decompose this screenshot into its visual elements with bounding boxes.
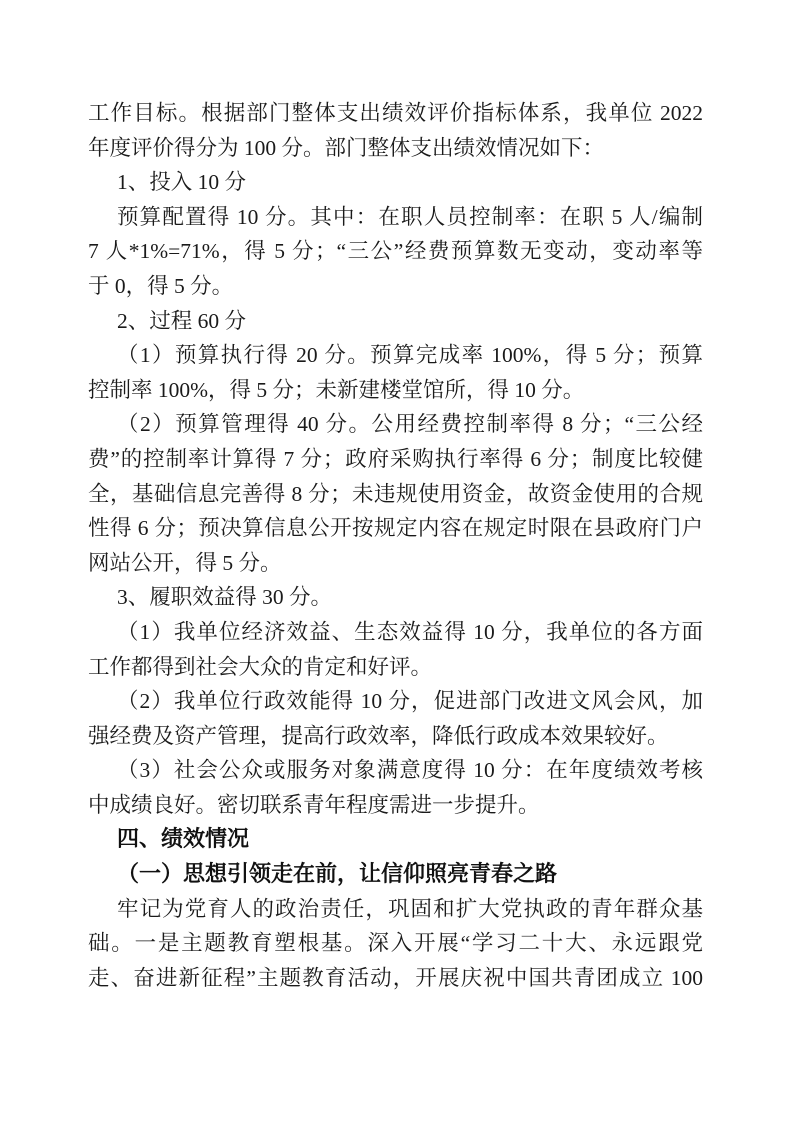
text-line: 中成绩良好。密切联系青年程度需进一步提升。 bbox=[88, 788, 703, 823]
text-line: 年度评价得分为 100 分。部门整体支出绩效情况如下： bbox=[88, 131, 703, 166]
text-line: 走、奋进新征程”主题教育活动，开展庆祝中国共青团成立 100 bbox=[88, 961, 703, 996]
text-line: 预算配置得 10 分。其中：在职人员控制率：在职 5 人/编制 bbox=[88, 200, 703, 235]
text-line: 于 0，得 5 分。 bbox=[88, 269, 703, 304]
text-line: 控制率 100%，得 5 分；未新建楼堂馆所，得 10 分。 bbox=[88, 373, 703, 408]
text-line: （2）我单位行政效能得 10 分，促进部门改进文风会风，加 bbox=[88, 684, 703, 719]
text-line: 费”的控制率计算得 7 分；政府采购执行率得 6 分；制度比较健 bbox=[88, 442, 703, 477]
text-line: 7 人*1%=71%，得 5 分；“三公”经费预算数无变动，变动率等 bbox=[88, 234, 703, 269]
text-line: 2、过程 60 分 bbox=[88, 304, 703, 339]
text-line: 础。一是主题教育塑根基。深入开展“学习二十大、永远跟党 bbox=[88, 926, 703, 961]
text-line: （1）我单位经济效益、生态效益得 10 分，我单位的各方面 bbox=[88, 615, 703, 650]
text-line: 3、履职效益得 30 分。 bbox=[88, 580, 703, 615]
text-line: 全，基础信息完善得 8 分；未违规使用资金，故资金使用的合规 bbox=[88, 477, 703, 512]
text-line: （2）预算管理得 40 分。公用经费控制率得 8 分；“三公经 bbox=[88, 407, 703, 442]
text-line: 网站公开，得 5 分。 bbox=[88, 546, 703, 581]
text-line: 1、投入 10 分 bbox=[88, 165, 703, 200]
text-line: （3）社会公众或服务对象满意度得 10 分：在年度绩效考核 bbox=[88, 753, 703, 788]
section-heading: 四、绩效情况 bbox=[88, 822, 703, 857]
text-line: 性得 6 分；预决算信息公开按规定内容在规定时限在县政府门户 bbox=[88, 511, 703, 546]
document-page: 工作目标。根据部门整体支出绩效评价指标体系，我单位 2022年度评价得分为 10… bbox=[0, 0, 793, 1122]
text-line: （1）预算执行得 20 分。预算完成率 100%，得 5 分；预算 bbox=[88, 338, 703, 373]
text-line: 工作目标。根据部门整体支出绩效评价指标体系，我单位 2022 bbox=[88, 96, 703, 131]
subsection-heading: （一）思想引领走在前，让信仰照亮青春之路 bbox=[88, 857, 703, 892]
text-line: 强经费及资产管理，提高行政效率，降低行政成本效果较好。 bbox=[88, 719, 703, 754]
text-line: 工作都得到社会大众的肯定和好评。 bbox=[88, 650, 703, 685]
document-text: 工作目标。根据部门整体支出绩效评价指标体系，我单位 2022年度评价得分为 10… bbox=[88, 96, 703, 995]
text-line: 牢记为党育人的政治责任，巩固和扩大党执政的青年群众基 bbox=[88, 892, 703, 927]
